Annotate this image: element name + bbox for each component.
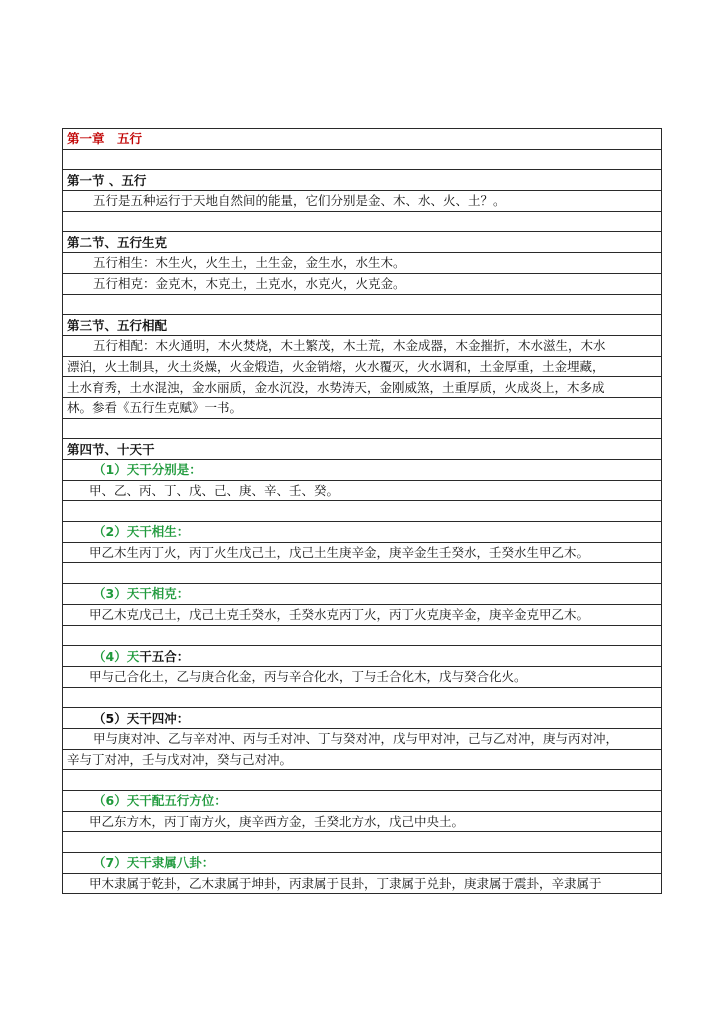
chapter-title: 第一章 五行 (63, 129, 662, 150)
table-row: 第二节、五行生克 (63, 232, 662, 253)
table-row: 五行相配：木火通明，木火焚烧，木土繁茂，木土荒，木金成器，木金摧折，木水滋生，木… (63, 335, 662, 356)
table-row (63, 211, 662, 232)
table-row: 林。参看《五行生克赋》一书。 (63, 397, 662, 418)
table-row: 第四节、十天干 (63, 439, 662, 460)
table-row (63, 770, 662, 791)
empty-cell (63, 563, 662, 584)
paragraph-line: 林。参看《五行生克赋》一书。 (63, 397, 662, 418)
empty-cell (63, 149, 662, 170)
table-row (63, 501, 662, 522)
table-row: 第一章 五行 (63, 129, 662, 150)
table-row: 漂泊，火土制具，火土炎燥，火金煅造，火金销熔，火水覆灭，火水调和，土金厚重，土金… (63, 356, 662, 377)
section-title: 第一节 、五行 (63, 170, 662, 191)
subheading: （1）天干分别是： (63, 460, 662, 481)
table-row: 甲乙木克戊己土，戊己土克壬癸水，壬癸水克丙丁火，丙丁火克庚辛金，庚辛金克甲乙木。 (63, 604, 662, 625)
paragraph-line: 漂泊，火土制具，火土炎燥，火金煅造，火金销熔，火水覆灭，火水调和，土金厚重，土金… (63, 356, 662, 377)
table-row: 五行相生：木生火，火生土，土生金，金生水，水生木。 (63, 253, 662, 274)
document-page: 第一章 五行 第一节 、五行 五行是五种运行于天地自然间的能量，它们分别是金、木… (0, 0, 724, 1024)
table-row: 甲与己合化土，乙与庚合化金，丙与辛合化水，丁与壬合化木，戊与癸合化火。 (63, 666, 662, 687)
paragraph: 甲与己合化土，乙与庚合化金，丙与辛合化水，丁与壬合化木，戊与癸合化火。 (63, 666, 662, 687)
table-row: 五行是五种运行于天地自然间的能量，它们分别是金、木、水、火、土？。 (63, 191, 662, 212)
paragraph-line: 五行相配：木火通明，木火焚烧，木土繁茂，木土荒，木金成器，木金摧折，木水滋生，木… (63, 335, 662, 356)
content-table: 第一章 五行 第一节 、五行 五行是五种运行于天地自然间的能量，它们分别是金、木… (62, 128, 662, 894)
table-row: 甲木隶属于乾卦，乙木隶属于坤卦，丙隶属于艮卦，丁隶属于兑卦，庚隶属于震卦，辛隶属… (63, 873, 662, 894)
table-row (63, 625, 662, 646)
empty-cell (63, 418, 662, 439)
table-row: 辛与丁对冲，壬与戊对冲，癸与己对冲。 (63, 749, 662, 770)
paragraph: 甲木隶属于乾卦，乙木隶属于坤卦，丙隶属于艮卦，丁隶属于兑卦，庚隶属于震卦，辛隶属… (63, 873, 662, 894)
table-row: （4）天干五合： (63, 646, 662, 667)
section-title: 第二节、五行生克 (63, 232, 662, 253)
table-row: 五行相克：金克木，木克土，土克水，水克火，火克金。 (63, 273, 662, 294)
empty-cell (63, 687, 662, 708)
section-title: 第四节、十天干 (63, 439, 662, 460)
table-row: 第三节、五行相配 (63, 315, 662, 336)
table-row: 土水育秀，土水混浊，金水丽质，金水沉没，水势涛天，金刚威煞，土重厚质，火成炎上，… (63, 377, 662, 398)
table-row (63, 149, 662, 170)
table-row: （3）天干相克： (63, 584, 662, 605)
table-row: 甲乙东方木，丙丁南方火，庚辛西方金，壬癸北方水，戊己中央土。 (63, 811, 662, 832)
empty-cell (63, 211, 662, 232)
table-row: 甲、乙、丙、丁、戊、己、庚、辛、壬、癸。 (63, 480, 662, 501)
paragraph: 五行相生：木生火，火生土，土生金，金生水，水生木。 (63, 253, 662, 274)
subheading: （5）天干四冲： (63, 708, 662, 729)
subheading: （3）天干相克： (63, 584, 662, 605)
table-row: （5）天干四冲： (63, 708, 662, 729)
table-row (63, 832, 662, 853)
empty-cell (63, 832, 662, 853)
subheading: （6）天干配五行方位： (63, 791, 662, 812)
paragraph: 五行相克：金克木，木克土，土克水，水克火，火克金。 (63, 273, 662, 294)
table-row: 甲乙木生丙丁火，丙丁火生戊己土，戊己土生庚辛金，庚辛金生壬癸水，壬癸水生甲乙木。 (63, 542, 662, 563)
table-row: （6）天干配五行方位： (63, 791, 662, 812)
empty-cell (63, 501, 662, 522)
table-row: （7）天干隶属八卦： (63, 853, 662, 874)
paragraph-line: 辛与丁对冲，壬与戊对冲，癸与己对冲。 (63, 749, 662, 770)
table-row (63, 418, 662, 439)
paragraph: 甲乙东方木，丙丁南方火，庚辛西方金，壬癸北方水，戊己中央土。 (63, 811, 662, 832)
empty-cell (63, 625, 662, 646)
subheading: （7）天干隶属八卦： (63, 853, 662, 874)
table-row: （1）天干分别是： (63, 460, 662, 481)
subheading: （4）天干五合： (63, 646, 662, 667)
paragraph: 甲、乙、丙、丁、戊、己、庚、辛、壬、癸。 (63, 480, 662, 501)
table-row: 甲与庚对冲、乙与辛对冲、丙与壬对冲、丁与癸对冲，戊与甲对冲，己与乙对冲，庚与丙对… (63, 728, 662, 749)
subheading-part: （4）天 (93, 649, 139, 664)
paragraph: 甲乙木克戊己土，戊己土克壬癸水，壬癸水克丙丁火，丙丁火克庚辛金，庚辛金克甲乙木。 (63, 604, 662, 625)
paragraph: 五行是五种运行于天地自然间的能量，它们分别是金、木、水、火、土？。 (63, 191, 662, 212)
table-row: （2）天干相生： (63, 522, 662, 543)
table-row (63, 687, 662, 708)
section-title: 第三节、五行相配 (63, 315, 662, 336)
paragraph: 甲乙木生丙丁火，丙丁火生戊己土，戊己土生庚辛金，庚辛金生壬癸水，壬癸水生甲乙木。 (63, 542, 662, 563)
paragraph-line: 甲与庚对冲、乙与辛对冲、丙与壬对冲、丁与癸对冲，戊与甲对冲，己与乙对冲，庚与丙对… (63, 728, 662, 749)
subheading-part: 干五合： (139, 649, 189, 664)
empty-cell (63, 294, 662, 315)
table-row (63, 294, 662, 315)
empty-cell (63, 770, 662, 791)
table-row: 第一节 、五行 (63, 170, 662, 191)
subheading: （2）天干相生： (63, 522, 662, 543)
paragraph-line: 土水育秀，土水混浊，金水丽质，金水沉没，水势涛天，金刚威煞，土重厚质，火成炎上，… (63, 377, 662, 398)
table-row (63, 563, 662, 584)
